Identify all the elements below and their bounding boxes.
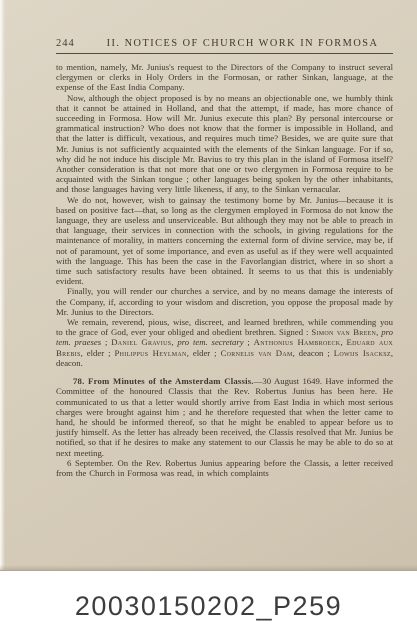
paragraph-now-although: Now, although the object proposed is by … [56, 93, 393, 195]
page-content: 244 II. NOTICES OF CHURCH WORK IN FORMOS… [56, 38, 393, 478]
archive-label: 20030150202_P259 [75, 591, 342, 622]
header-rule [56, 53, 393, 54]
archive-label-bar: 20030150202_P259 [0, 572, 417, 640]
paragraph-signatures: We remain, reverend, pious, wise, discre… [56, 317, 393, 368]
page-bottom-edge-shadow [0, 565, 417, 570]
page-left-edge [0, 0, 5, 570]
paragraph-6-september: 6 September. On the Rev. Robertus Junius… [56, 458, 393, 478]
running-title: II. NOTICES OF CHURCH WORK IN FORMOSA [92, 38, 393, 49]
running-header: 244 II. NOTICES OF CHURCH WORK IN FORMOS… [56, 38, 393, 49]
paragraph-section-78-minutes: 78. From Minutes of the Amsterdam Classi… [56, 376, 393, 458]
paragraph-we-do-not: We do not, however, wish to gainsay the … [56, 195, 393, 287]
page-number: 244 [56, 38, 92, 49]
paragraph-continuation: to mention, namely, Mr. Junius's request… [56, 62, 393, 93]
paragraph-finally: Finally, you will render our churches a … [56, 286, 393, 317]
scanned-book-page: 244 II. NOTICES OF CHURCH WORK IN FORMOS… [0, 0, 417, 571]
